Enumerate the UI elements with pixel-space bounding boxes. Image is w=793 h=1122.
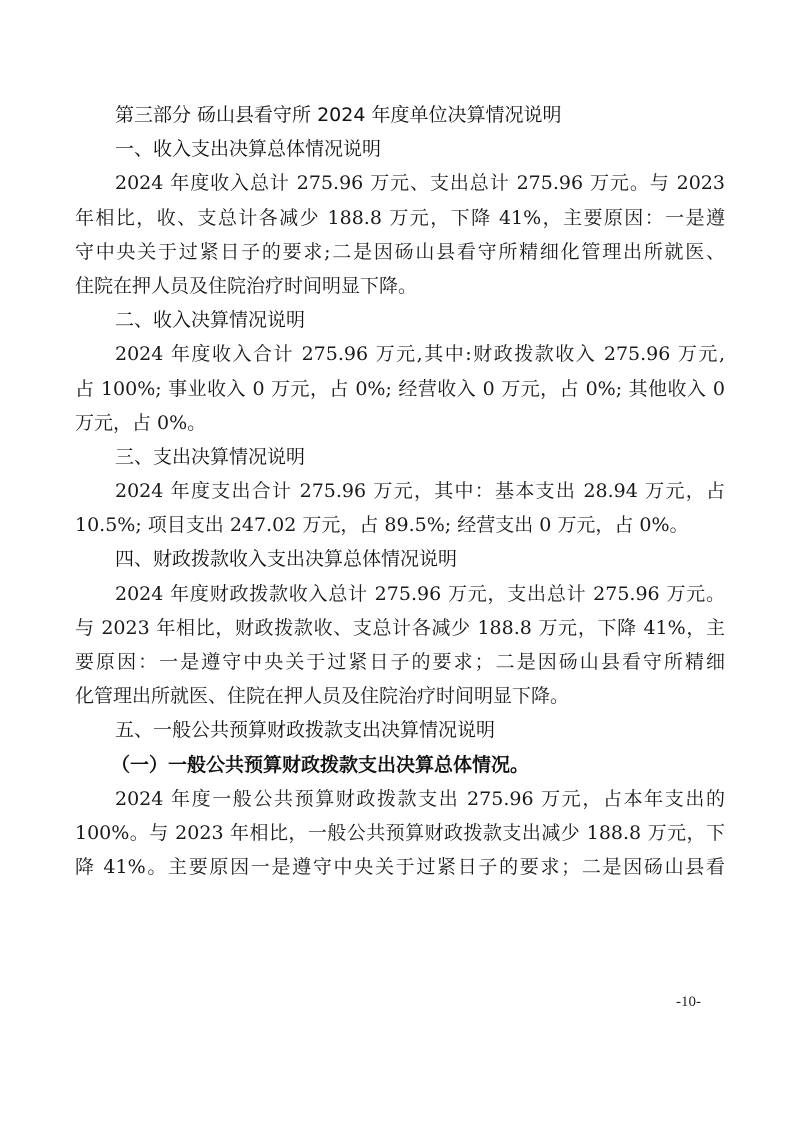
paragraph-line: 2024 年度财政拨款收入总计 275.96 万元，支出总计 275.96 万元… — [75, 577, 725, 611]
page-number: -10- — [676, 994, 701, 1011]
document-title: 第三部分 砀山县看守所 2024 年度单位决算情况说明 — [75, 98, 725, 132]
paragraph-line: 2024 年度支出合计 275.96 万元，其中：基本支出 28.94 万元，占 — [75, 474, 725, 508]
document-page: 第三部分 砀山县看守所 2024 年度单位决算情况说明 一、收入支出决算总体情况… — [75, 98, 725, 884]
paragraph-line: 2024 年度收入合计 275.96 万元,其中:财政拨款收入 275.96 万… — [75, 337, 725, 371]
paragraph-line: 化管理出所就医、住院在押人员及住院治疗时间明显下降。 — [75, 679, 725, 713]
paragraph-line: 2024 年度收入总计 275.96 万元、支出总计 275.96 万元。与 2… — [75, 166, 725, 200]
section-heading-2: 二、收入决算情况说明 — [75, 303, 725, 337]
section-heading-1: 一、收入支出决算总体情况说明 — [75, 132, 725, 166]
paragraph-line: 降 41%。主要原因一是遵守中央关于过紧日子的要求；二是因砀山县看 — [75, 850, 725, 884]
paragraph-line: 与 2023 年相比，财政拨款收、支总计各减少 188.8 万元，下降 41%，… — [75, 611, 725, 645]
paragraph-line: 住院在押人员及住院治疗时间明显下降。 — [75, 269, 725, 303]
section-heading-5: 五、一般公共预算财政拨款支出决算情况说明 — [75, 713, 725, 747]
paragraph-line: 万元，占 0%。 — [75, 406, 725, 440]
section-heading-4: 四、财政拨款收入支出决算总体情况说明 — [75, 542, 725, 576]
paragraph-line: 守中央关于过紧日子的要求;二是因砀山县看守所精细化管理出所就医、 — [75, 235, 725, 269]
section-heading-3: 三、支出决算情况说明 — [75, 440, 725, 474]
paragraph-line: 年相比，收、支总计各减少 188.8 万元，下降 41%，主要原因：一是遵 — [75, 201, 725, 235]
paragraph-line: 要原因：一是遵守中央关于过紧日子的要求；二是因砀山县看守所精细 — [75, 645, 725, 679]
paragraph-line: 100%。与 2023 年相比，一般公共预算财政拨款支出减少 188.8 万元，… — [75, 816, 725, 850]
subsection-heading: （一）一般公共预算财政拨款支出决算总体情况。 — [75, 748, 725, 782]
paragraph-line: 占 100%; 事业收入 0 万元，占 0%; 经营收入 0 万元，占 0%; … — [75, 372, 725, 406]
paragraph-line: 2024 年度一般公共预算财政拨款支出 275.96 万元，占本年支出的 — [75, 782, 725, 816]
paragraph-line: 10.5%; 项目支出 247.02 万元，占 89.5%; 经营支出 0 万元… — [75, 508, 725, 542]
